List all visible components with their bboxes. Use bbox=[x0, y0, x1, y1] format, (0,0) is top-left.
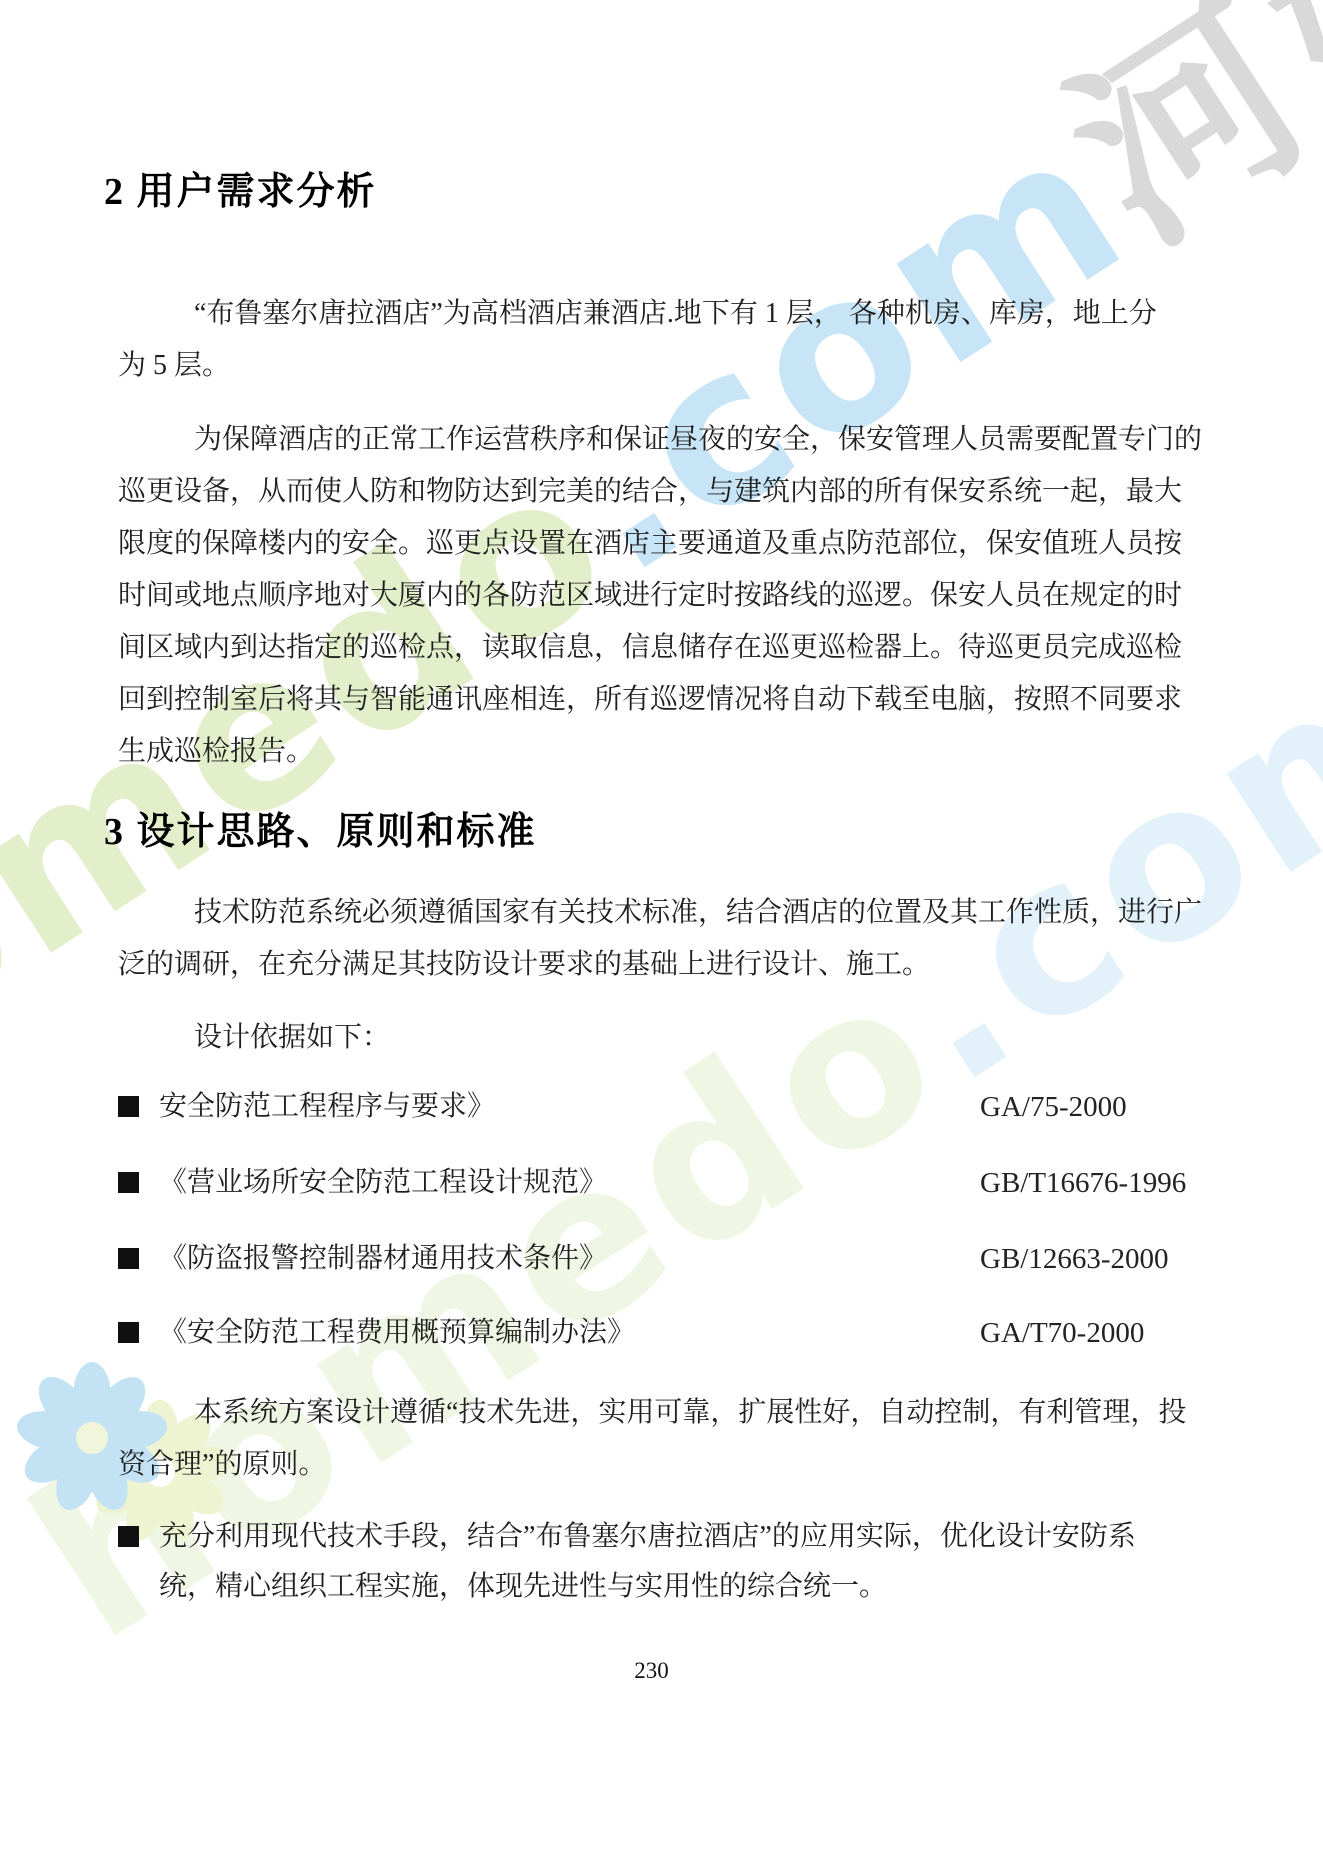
paragraph-patrol-system: 为保障酒店的正常工作运营秩序和保证昼夜的安全，保安管理人员需要配置专门的 巡更设… bbox=[118, 414, 1205, 778]
standard-title: 《防盗报警控制器材通用技术条件》 bbox=[159, 1240, 607, 1278]
paragraph-hotel-overview: “布鲁塞尔唐拉酒店”为高档酒店兼酒店.地下有 1 层， 各种机房、库房，地上分 … bbox=[118, 288, 1205, 392]
text-line: 回到控制室后将其与智能通讯座相连，所有巡逻情况将自动下载至电脑，按照不同要求 bbox=[118, 674, 1205, 726]
bullet-text: 充分利用现代技术手段，结合”布鲁塞尔唐拉酒店”的应用实际，优化设计安防系 统，精… bbox=[159, 1512, 1136, 1612]
text-line: “布鲁塞尔唐拉酒店”为高档酒店兼酒店.地下有 1 层， 各种机房、库房，地上分 bbox=[118, 288, 1205, 340]
standard-item: 安全防范工程程序与要求》 GA/75-2000 bbox=[118, 1088, 1205, 1126]
bullet-icon bbox=[118, 1322, 139, 1343]
bullet-icon bbox=[118, 1172, 139, 1193]
text-line: 本系统方案设计遵循“技术先进，实用可靠，扩展性好，自动控制，有利管理，投 bbox=[118, 1387, 1205, 1439]
bullet-icon bbox=[118, 1526, 139, 1547]
text-line: 生成巡检报告。 bbox=[118, 726, 1205, 778]
standard-code: GA/75-2000 bbox=[980, 1088, 1127, 1126]
text-line: 泛的调研，在充分满足其技防设计要求的基础上进行设计、施工。 bbox=[118, 939, 1205, 991]
document-page: homedo.com河姆渡 homedo.com bbox=[0, 0, 1323, 1871]
text-line: 充分利用现代技术手段，结合”布鲁塞尔唐拉酒店”的应用实际，优化设计安防系 bbox=[159, 1512, 1136, 1562]
standard-title: 安全防范工程程序与要求》 bbox=[159, 1088, 495, 1126]
text-line: 技术防范系统必须遵循国家有关技术标准，结合酒店的位置及其工作性质，进行广 bbox=[118, 887, 1205, 939]
text-line: 统，精心组织工程实施，体现先进性与实用性的综合统一。 bbox=[159, 1562, 1136, 1612]
text-line: 时间或地点顺序地对大厦内的各防范区域进行定时按路线的巡逻。保安人员在规定的时 bbox=[118, 570, 1205, 622]
bullet-icon bbox=[118, 1096, 139, 1117]
text-line: 间区域内到达指定的巡检点，读取信息，信息储存在巡更巡检器上。待巡更员完成巡检 bbox=[118, 622, 1205, 674]
text-line: 设计依据如下： bbox=[118, 1012, 1205, 1064]
standard-code: GB/12663-2000 bbox=[980, 1240, 1169, 1278]
standard-item: 《安全防范工程费用概预算编制办法》 GA/T70-2000 bbox=[118, 1314, 1205, 1352]
bullet-icon bbox=[118, 1248, 139, 1269]
page-number: 230 bbox=[0, 1658, 1303, 1684]
section-2-heading: 2 用户需求分析 bbox=[104, 160, 377, 215]
paragraph-scheme-principle: 本系统方案设计遵循“技术先进，实用可靠，扩展性好，自动控制，有利管理，投 资合理… bbox=[118, 1387, 1205, 1491]
standard-title: 《营业场所安全防范工程设计规范》 bbox=[159, 1164, 607, 1202]
document-content: 2 用户需求分析 “布鲁塞尔唐拉酒店”为高档酒店兼酒店.地下有 1 层， 各种机… bbox=[0, 0, 1323, 1871]
text-line: 为保障酒店的正常工作运营秩序和保证昼夜的安全，保安管理人员需要配置专门的 bbox=[118, 414, 1205, 466]
text-line: 为 5 层。 bbox=[118, 340, 1205, 392]
paragraph-design-principle: 技术防范系统必须遵循国家有关技术标准，结合酒店的位置及其工作性质，进行广 泛的调… bbox=[118, 887, 1205, 991]
bullet-point: 充分利用现代技术手段，结合”布鲁塞尔唐拉酒店”的应用实际，优化设计安防系 统，精… bbox=[118, 1512, 1205, 1612]
text-line: 巡更设备，从而使人防和物防达到完美的结合，与建筑内部的所有保安系统一起，最大 bbox=[118, 466, 1205, 518]
section-3-heading: 3 设计思路、原则和标准 bbox=[104, 800, 537, 855]
standard-code: GB/T16676-1996 bbox=[980, 1164, 1186, 1202]
standard-title: 《安全防范工程费用概预算编制办法》 bbox=[159, 1314, 635, 1352]
text-line: 资合理”的原则。 bbox=[118, 1439, 1205, 1491]
standard-item: 《防盗报警控制器材通用技术条件》 GB/12663-2000 bbox=[118, 1240, 1205, 1278]
paragraph-design-basis: 设计依据如下： bbox=[118, 1012, 1205, 1064]
standard-item: 《营业场所安全防范工程设计规范》 GB/T16676-1996 bbox=[118, 1164, 1205, 1202]
text-line: 限度的保障楼内的安全。巡更点设置在酒店主要通道及重点防范部位，保安值班人员按 bbox=[118, 518, 1205, 570]
standard-code: GA/T70-2000 bbox=[980, 1314, 1144, 1352]
